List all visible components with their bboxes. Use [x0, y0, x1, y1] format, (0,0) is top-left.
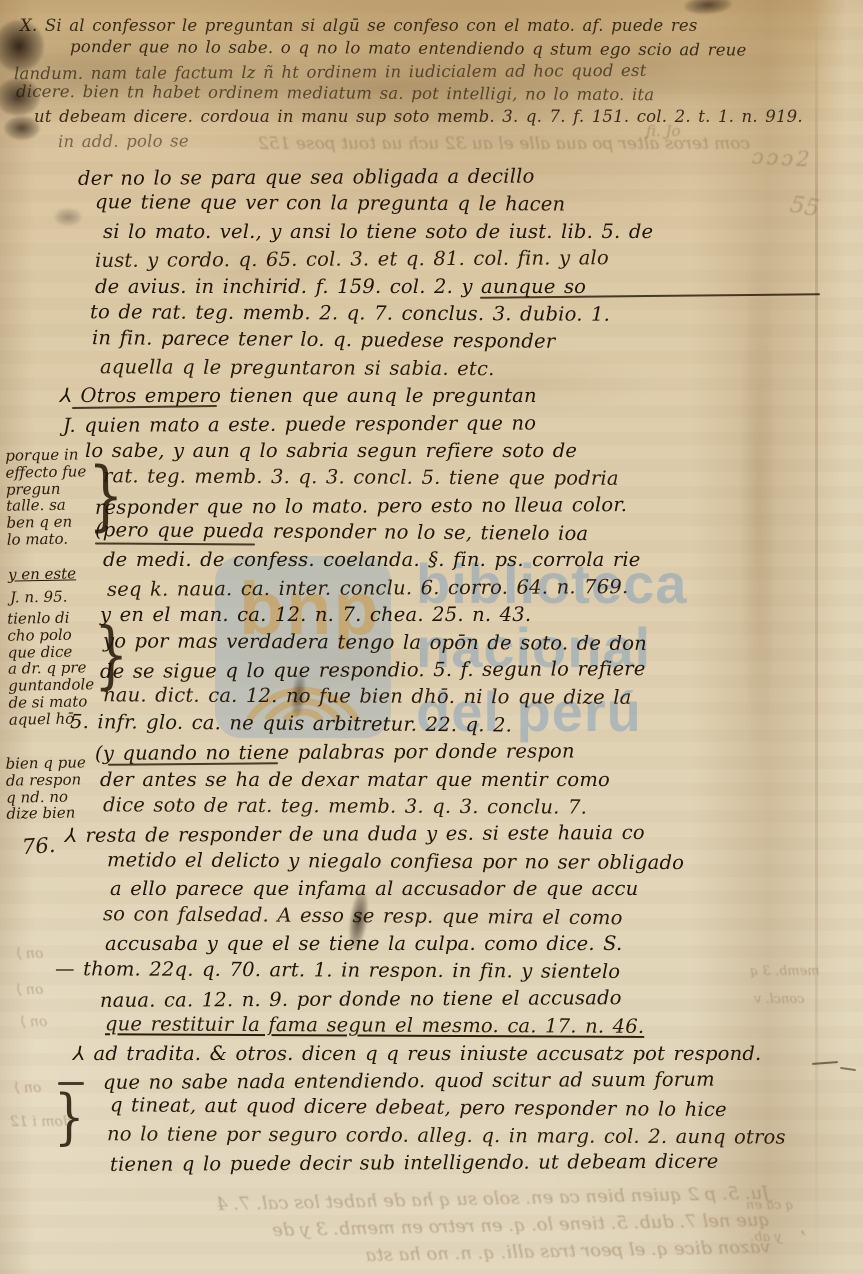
manuscript-line: de avius. in inchirid. f. 159. col. 2. y… [95, 275, 815, 302]
manuscript-line: yo por mas verdadera tengo la opōn de so… [103, 629, 815, 660]
page-crease [815, 0, 818, 1274]
manuscript-line: a ello parece que infama al accusador de… [110, 877, 815, 904]
manuscript-line: der antes se ha de dexar matar que menti… [100, 768, 815, 795]
manuscript-line: de medi. de confess. coelanda. §. fin. p… [103, 548, 815, 575]
margin-note: J. n. 95. [10, 589, 68, 607]
manuscript-line: tienen q lo puede decir sub intelligendo… [110, 1149, 815, 1180]
margin-note: porque in effecto fue pregun talle. sa b… [5, 446, 87, 548]
margin-brace: } [94, 612, 128, 697]
bleedthrough-mark: on ⟩ [16, 982, 43, 998]
manuscript-line: accusaba y que el se tiene la culpa. com… [105, 932, 815, 959]
ink-stain [54, 208, 82, 226]
manuscript-page: bnp bibliotecanacionaldel perú com teros… [0, 0, 863, 1274]
bleedthrough-bottom-block: Ju. 5. p 2 quien bien ca en. solo su q h… [149, 1180, 771, 1274]
manuscript-line: iust. y cordo. q. 65. col. 3. et q. 81. … [95, 245, 815, 276]
margin-note-number: 76. [21, 837, 55, 856]
manuscript-line: ⅄ ad tradita. & otros. dicen q q reus in… [73, 1042, 815, 1069]
manuscript-line: metido el delicto y niegalo confiesa por… [107, 848, 815, 879]
brace-top-stroke [58, 1082, 84, 1085]
margin-brace: } [88, 452, 124, 540]
manuscript-line: de se sigue q lo que respondio. 5. f. se… [100, 656, 815, 687]
margin-note: tienlo di cho polo que dice a dr. q pre … [7, 609, 95, 728]
manuscript-line: nau. dict. ca. 12. no fue bien dhō. ni l… [103, 684, 815, 715]
manuscript-line: que tiene que ver con la pregunta q le h… [95, 191, 815, 222]
bleedthrough-mark: on ⟩ [14, 1080, 41, 1096]
manuscript-line: so con falsedad. A esso se resp. que mir… [103, 902, 815, 935]
margin-note: y en este [8, 565, 76, 583]
manuscript-line: dicere. bien tn habet ordinem mediatum s… [16, 82, 850, 109]
manuscript-line: lo sabe, y aun q lo sabria segun refiere… [85, 439, 815, 466]
manuscript-line: y en el man. ca. 12. n. 7. chea. 25. n. … [100, 603, 815, 630]
margin-note: bien q pue da respon q nd. no dize bien [5, 754, 86, 823]
manuscript-line: in fin. parece tener lo. q. puedese resp… [92, 327, 815, 360]
manuscript-line: seq k. naua. ca. inter. conclu. 6. corro… [107, 574, 815, 605]
bleedthrough-mark: on ⟩ [20, 1014, 47, 1030]
manuscript-line: der no lo se para que sea obligada a dec… [78, 163, 815, 194]
manuscript-line: dice soto de rat. teg. memb. 3. q. 3. co… [103, 793, 815, 824]
bleedthrough-mark: on ⟩ [16, 946, 43, 962]
main-text-block: der no lo se para que sea obligada a dec… [95, 165, 815, 1178]
manuscript-line: (pero que pueda responder no lo se, tien… [95, 518, 815, 551]
manuscript-line: aquella q le preguntaron si sabia. etc. [100, 355, 815, 386]
manuscript-line: que restituir la fama segun el mesmo. ca… [105, 1012, 815, 1043]
manuscript-line: X. Si al confessor le preguntan si algū … [20, 16, 850, 39]
top-text-block: X. Si al confessor le preguntan si algū … [28, 16, 850, 153]
manuscript-line: q tineat, aut quod dicere debeat, pero r… [110, 1094, 815, 1127]
manuscript-line: — thom. 22q. q. 70. art. 1. in respon. i… [55, 957, 815, 988]
manuscript-line: naua. ca. 12. n. 9. por donde no tiene e… [100, 985, 815, 1016]
manuscript-line: rat. teg. memb. 3. q. 3. concl. 5. tiene… [103, 465, 815, 496]
bleedthrough-mark: ’ [800, 1226, 806, 1250]
manuscript-line: ut debeam dicere. cordoua in manu sup so… [34, 107, 850, 130]
margin-brace: } [54, 1082, 85, 1152]
manuscript-line: ⅄ resta de responder de una duda y es. s… [65, 820, 815, 851]
manuscript-line: in add. polo se [58, 128, 850, 155]
manuscript-line: no lo tiene por seguro cordo. alleg. q. … [107, 1122, 815, 1153]
manuscript-line: J. quien mato a este. puede responder qu… [63, 410, 815, 441]
ink-stain [4, 116, 40, 140]
manuscript-line: si lo mato. vel., y ansi lo tiene soto d… [103, 220, 815, 247]
